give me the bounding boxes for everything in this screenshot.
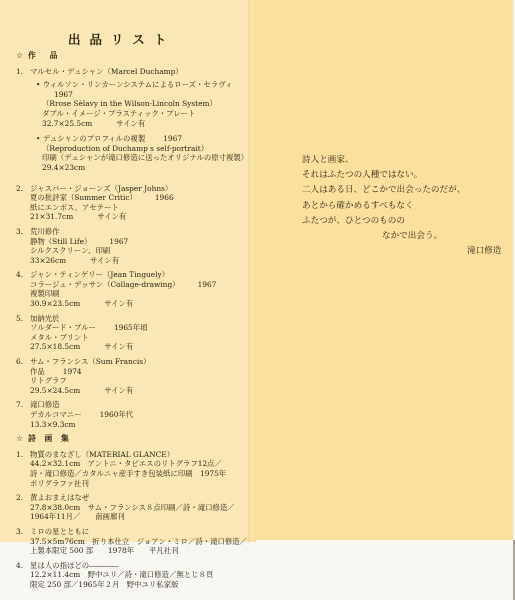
exhibit-list: ☆作 品 1. マルセル・デュシャン（Marcel Duchamp） • ウィル… (16, 51, 248, 595)
list-item: 4. ジャン・ティンゲリー（Jean Tinguely） コラージュ・デッサン（… (16, 270, 248, 308)
list-item: 3. ミロの星とともに 37.5×5m76cm 折り本仕立 ジョアン・ミロ／詩・… (16, 527, 248, 556)
poem-line: 二人はある日、どこかで出会ったのだが、 (302, 183, 501, 198)
poem-line: ふたつが、ひとつのものの (302, 214, 501, 229)
book-title: 物質のまなざし（MATERIAL GLANCE） (30, 450, 248, 460)
list-item: 3. 荒川修作 静物（Still Life）1967 シルクスクリーン、印刷 3… (16, 227, 248, 265)
poem-signature: 滝口修造 (302, 244, 501, 259)
work-entry: • ウィルソン・リンカーンシステムによるローズ・セラヴィ1967 （Rrose … (36, 80, 248, 128)
star-icon: ☆ (16, 434, 23, 443)
page-title: 出品リスト (68, 30, 175, 48)
work-title: • デュシャンのプロフィルの複製 (36, 134, 145, 143)
artist-name: ジャスパー・ジョーンズ（Jasper Johns） (30, 184, 248, 194)
work-title: • ウィルソン・リンカーンシステムによるローズ・セラヴィ (36, 80, 233, 89)
poem-line: あとから確かめるすべもなく (302, 199, 501, 214)
poem-line: 詩人と画家、 (302, 153, 501, 168)
artist-name: 滝口修造 (30, 400, 248, 410)
work-year: 1967 (54, 90, 73, 99)
book-title: ミロの星とともに (30, 527, 248, 537)
artist-name: 加納光於 (30, 314, 248, 324)
artist-name: サム・フランシス（Sum Francis） (30, 357, 248, 367)
right-panel-poem (255, 0, 513, 540)
list-item: 7. 滝口修造 デカルコマニー1960年代 13.3×9.3cm (16, 400, 248, 429)
book-title: 星は人の指ほどの―――― (30, 561, 248, 571)
artist-name: 荒川修作 (30, 227, 248, 237)
artist-name: マルセル・デュシャン（Marcel Duchamp） (30, 67, 248, 77)
poem: 詩人と画家、 それはふたつの人種ではない。 二人はある日、どこかで出会ったのだが… (302, 153, 501, 259)
list-item: 1. 物質のまなざし（MATERIAL GLANCE） 44.2×32.1cm … (16, 450, 248, 488)
artist-name: ジャン・ティンゲリー（Jean Tinguely） (30, 270, 248, 280)
poem-line: それはふたつの人種ではない。 (302, 168, 501, 183)
star-icon: ☆ (16, 51, 23, 60)
section-heading-works: ☆作 品 (16, 51, 248, 61)
list-item: 6. サム・フランシス（Sum Francis） 作品1974 リトグラフ 29… (16, 357, 248, 395)
list-item: 4. 星は人の指ほどの―――― 12.2×11.4cm 野中ユリ／詩・滝口修造／… (16, 561, 248, 590)
book-title: 黄よおまえはなぜ (30, 493, 248, 503)
poem-line: なかで出会う。 (302, 229, 501, 244)
section-heading-poetry: ☆詩 画 集 (16, 434, 248, 444)
list-item: 5. 加納光於 ソルダード・ブルー1965年頃 メタル・プリント 27.5×18… (16, 314, 248, 352)
list-item: 1. マルセル・デュシャン（Marcel Duchamp） • ウィルソン・リン… (16, 67, 248, 179)
work-entry: • デュシャンのプロフィルの複製1967 （Reproduction of Du… (36, 134, 248, 172)
list-item: 2. 黄よおまえはなぜ 27.8×38.0cm サム・フランシス８点印刷／詩・滝… (16, 493, 248, 522)
list-item: 2. ジャスパー・ジョーンズ（Jasper Johns） 夏の批評家（Summe… (16, 184, 248, 222)
